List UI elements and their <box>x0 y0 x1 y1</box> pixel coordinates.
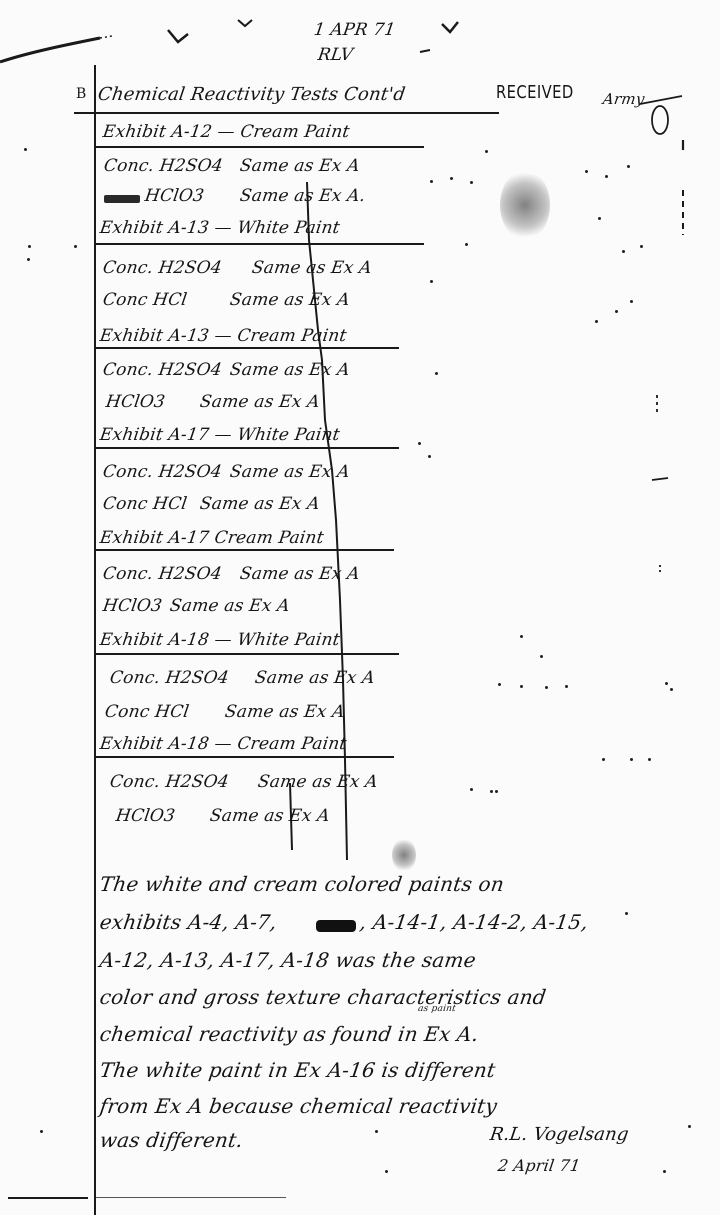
test-row-result: Same as Ex A <box>229 360 352 380</box>
test-row-reagent: Conc. H2SO4 <box>102 258 224 278</box>
test-row-result: Same as Ex A <box>239 156 362 176</box>
conclusion-line: exhibits A-4, A-7, <box>98 910 278 934</box>
ink-smudge <box>392 838 416 872</box>
speck <box>470 788 473 791</box>
speck <box>385 1170 388 1173</box>
speck <box>495 790 498 793</box>
conclusion-line: from Ex A because chemical reactivity <box>98 1094 498 1118</box>
speck <box>598 217 601 220</box>
exhibit-rule <box>94 653 399 655</box>
speck <box>627 165 630 168</box>
test-row-result: Same as Ex A <box>229 462 352 482</box>
speck <box>615 310 618 313</box>
test-row-reagent: Conc HCl <box>102 494 189 514</box>
test-row-result: Same as Ex A <box>199 494 322 514</box>
exhibit-heading: Exhibit A-17 — White Paint <box>99 425 342 445</box>
speck <box>428 455 431 458</box>
test-row-reagent: Conc. H2SO4 <box>103 156 225 176</box>
test-row-reagent: Conc. H2SO4 <box>102 564 224 584</box>
speck <box>545 686 548 689</box>
test-row-result: Same as Ex A <box>209 806 332 826</box>
test-row-reagent: HClO3 <box>115 806 177 826</box>
speck <box>430 280 433 283</box>
speck <box>498 683 501 686</box>
speck <box>520 635 523 638</box>
speck <box>602 758 605 761</box>
exhibit-rule <box>94 243 424 245</box>
speck <box>465 243 468 246</box>
speck <box>485 150 488 153</box>
struck-out-text <box>104 195 140 203</box>
signature-date: 2 April 71 <box>497 1156 582 1175</box>
exhibit-heading: Exhibit A-12 — Cream Paint <box>102 122 351 142</box>
speck <box>540 655 543 658</box>
speck <box>490 790 493 793</box>
speck <box>520 685 523 688</box>
test-row-result: Same as Ex A. <box>239 186 367 206</box>
test-row-result: Same as Ex A <box>169 596 292 616</box>
speck <box>565 685 568 688</box>
test-row-result: Same as Ex A <box>199 392 322 412</box>
test-row-reagent: Conc HCl <box>104 702 191 722</box>
exhibit-heading: Exhibit A-17 Cream Paint <box>99 528 325 548</box>
test-row-result: Same as Ex A <box>251 258 374 278</box>
speck <box>622 250 625 253</box>
test-row-result: Same as Ex A <box>254 668 377 688</box>
conclusion-line: was different. <box>98 1128 244 1152</box>
conclusion-line: The white and cream colored paints on <box>98 872 505 896</box>
redaction-block <box>316 920 356 932</box>
exhibit-rule <box>94 347 399 349</box>
speck <box>640 245 643 248</box>
speck <box>470 181 473 184</box>
speck <box>630 300 633 303</box>
test-row-reagent: Conc. H2SO4 <box>109 668 231 688</box>
exhibit-rule <box>94 447 399 449</box>
speck <box>24 148 27 151</box>
bottom-rule <box>96 1197 286 1198</box>
speck <box>40 1130 43 1133</box>
test-row-reagent: HClO3 <box>102 596 164 616</box>
conclusion-line: , A-14-1, A-14-2, A-15, <box>358 910 589 934</box>
speck <box>688 1125 691 1128</box>
test-row-result: Same as Ex A <box>224 702 347 722</box>
test-row-result: Same as Ex A <box>257 772 380 792</box>
speck <box>28 245 31 248</box>
test-row-reagent: Conc. H2SO4 <box>102 360 224 380</box>
conclusion-line: The white paint in Ex A-16 is different <box>98 1058 497 1082</box>
exhibit-rule <box>94 756 394 758</box>
speck <box>435 372 438 375</box>
speck <box>605 175 608 178</box>
ink-smudge <box>500 170 550 240</box>
speck <box>630 758 633 761</box>
test-row-result: Same as Ex A <box>229 290 352 310</box>
speck <box>450 177 453 180</box>
exhibit-heading: Exhibit A-13 — Cream Paint <box>99 326 348 346</box>
speck <box>665 682 668 685</box>
exhibit-rule <box>94 146 424 148</box>
speck <box>648 758 651 761</box>
test-row-reagent: HClO3 <box>105 392 167 412</box>
conclusion-line: A-12, A-13, A-17, A-18 was the same <box>98 948 477 972</box>
speck <box>375 1130 378 1133</box>
speck <box>585 170 588 173</box>
conclusion-line: color and gross texture characteristics … <box>98 985 547 1009</box>
test-row-reagent: Conc. H2SO4 <box>102 462 224 482</box>
speck <box>74 245 77 248</box>
test-row-reagent: Conc HCl <box>102 290 189 310</box>
speck <box>670 688 673 691</box>
scanned-document-page: 1 APR 71 RLV B Chemical Reactivity Tests… <box>0 0 720 1215</box>
test-row-result: Same as Ex A <box>239 564 362 584</box>
test-row-reagent: HClO3 <box>144 186 206 206</box>
exhibit-heading: Exhibit A-18 — Cream Paint <box>99 734 348 754</box>
speck <box>430 180 433 183</box>
speck <box>27 258 30 261</box>
exhibit-rule <box>94 549 394 551</box>
signature-name: R.L. Vogelsang <box>489 1124 631 1145</box>
test-row-reagent: Conc. H2SO4 <box>109 772 231 792</box>
bottom-rule-left <box>8 1197 88 1199</box>
speck <box>595 320 598 323</box>
conclusion-line: chemical reactivity as found in Ex A. <box>98 1022 480 1046</box>
exhibit-heading: Exhibit A-18 — White Paint <box>99 630 342 650</box>
exhibit-heading: Exhibit A-13 — White Paint <box>99 218 342 238</box>
insert-note: as paint <box>417 1004 456 1014</box>
speck <box>418 442 421 445</box>
speck <box>663 1170 666 1173</box>
speck <box>625 912 628 915</box>
